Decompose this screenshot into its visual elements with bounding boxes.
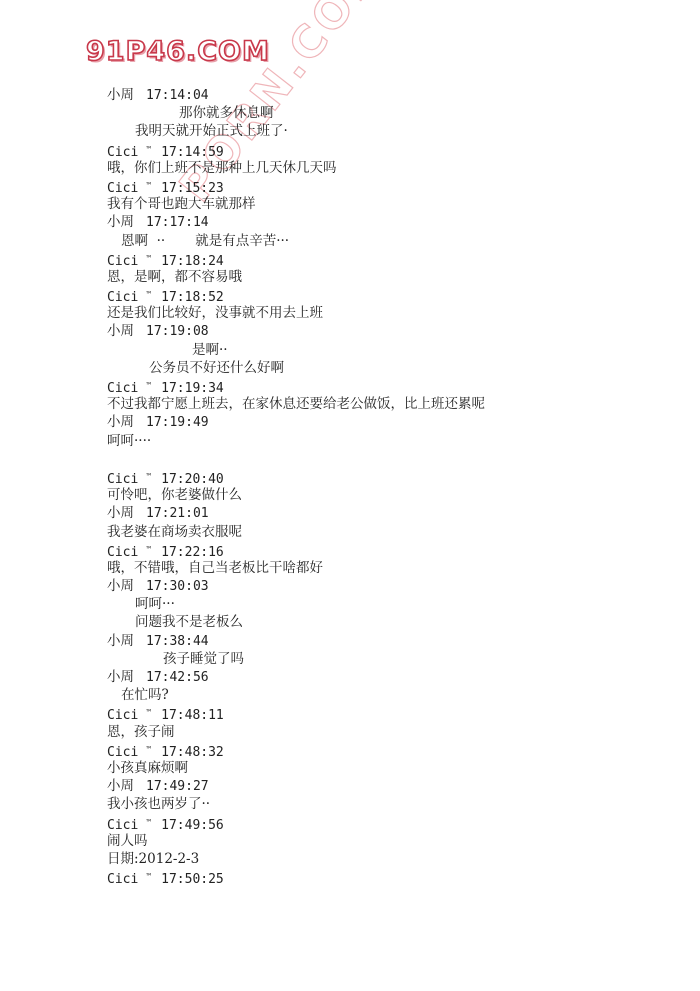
sender-name: Cici: [107, 545, 138, 560]
trademark-symbol: ™: [146, 708, 151, 717]
message-header: 小周17:19:49: [107, 413, 667, 431]
message-text: 不过我都宁愿上班去，在家休息还要给老公做饭，比上班还累呢: [107, 395, 667, 413]
message-header: 小周17:17:14: [107, 213, 667, 231]
message-header: Cici™17:49:56: [107, 814, 667, 832]
message-timestamp: 17:19:08: [146, 324, 209, 339]
sender-name: 小周: [107, 669, 134, 685]
message-header: Cici™17:18:24: [107, 250, 667, 268]
message-header: Cici™17:19:34: [107, 377, 667, 395]
sender-name: Cici: [107, 818, 138, 833]
message-text: 呵呵···: [107, 595, 667, 613]
message-timestamp: 17:21:01: [146, 506, 209, 521]
sender-name: Cici: [107, 145, 138, 160]
message-timestamp: 17:42:56: [146, 670, 209, 685]
sender-name: Cici: [107, 872, 138, 887]
trademark-symbol: ™: [146, 181, 151, 190]
message-header: Cici™17:18:52: [107, 286, 667, 304]
message-timestamp: 17:50:25: [161, 872, 224, 887]
trademark-symbol: ™: [146, 472, 151, 481]
message-header: Cici™17:22:16: [107, 541, 667, 559]
message-text: 我小孩也两岁了··: [107, 795, 667, 813]
message-timestamp: 17:19:49: [146, 415, 209, 430]
message-timestamp: 17:48:32: [161, 745, 224, 760]
trademark-symbol: ™: [146, 381, 151, 390]
message-text: 可怜吧，你老婆做什么: [107, 486, 667, 504]
sender-name: Cici: [107, 290, 138, 305]
message-timestamp: 17:20:40: [161, 472, 224, 487]
sender-name: Cici: [107, 708, 138, 723]
message-text: 是啊··: [107, 341, 667, 359]
message-header: Cici™17:20:40: [107, 468, 667, 486]
message-text: 恩啊 ·· 就是有点辛苦···: [107, 232, 667, 250]
message-text: 恩，孩子闹: [107, 723, 667, 741]
message-header: 小周17:38:44: [107, 632, 667, 650]
message-timestamp: 17:19:34: [161, 381, 224, 396]
sender-name: 小周: [107, 87, 134, 103]
message-text: 我老婆在商场卖衣服呢: [107, 523, 667, 541]
sender-name: Cici: [107, 745, 138, 760]
trademark-symbol: ™: [146, 745, 151, 754]
message-text: 闹人吗: [107, 832, 667, 850]
site-logo: 91P46.COM: [86, 36, 270, 67]
trademark-symbol: ™: [146, 254, 151, 263]
message-timestamp: 17:48:11: [161, 708, 224, 723]
message-text: 在忙吗?: [107, 686, 667, 704]
sender-name: 小周: [107, 578, 134, 594]
message-header: Cici™17:48:32: [107, 741, 667, 759]
message-header: 小周17:14:04: [107, 86, 667, 104]
trademark-symbol: ™: [146, 145, 151, 154]
message-header: Cici™17:14:59: [107, 141, 667, 159]
message-timestamp: 17:49:56: [161, 818, 224, 833]
message-header: Cici™17:50:25: [107, 868, 667, 886]
trademark-symbol: ™: [146, 545, 151, 554]
message-timestamp: 17:14:59: [161, 145, 224, 160]
message-header: 小周17:19:08: [107, 322, 667, 340]
message-timestamp: 17:30:03: [146, 579, 209, 594]
message-text: 问题我不是老板么: [107, 613, 667, 631]
message-text: 那你就多休息啊: [107, 104, 667, 122]
chat-log: 小周17:14:04那你就多休息啊我明天就开始正式上班了·Cici™17:14:…: [107, 86, 667, 886]
trademark-symbol: ™: [146, 290, 151, 299]
sender-name: Cici: [107, 381, 138, 396]
sender-name: 小周: [107, 414, 134, 430]
message-text: 呵呵····: [107, 432, 667, 450]
message-header: 小周17:42:56: [107, 668, 667, 686]
message-header: 小周17:30:03: [107, 577, 667, 595]
message-text: 我有个哥也跑大车就那样: [107, 195, 667, 213]
message-text: 小孩真麻烦啊: [107, 759, 667, 777]
sender-name: Cici: [107, 254, 138, 269]
date-line: 日期:2012-2-3: [107, 850, 667, 868]
message-header: Cici™17:48:11: [107, 704, 667, 722]
sender-name: 小周: [107, 505, 134, 521]
message-timestamp: 17:38:44: [146, 634, 209, 649]
message-header: 小周17:21:01: [107, 504, 667, 522]
message-timestamp: 17:18:52: [161, 290, 224, 305]
message-text: 哦，不错哦，自己当老板比干啥都好: [107, 559, 667, 577]
trademark-symbol: ™: [146, 872, 151, 881]
message-timestamp: 17:22:16: [161, 545, 224, 560]
sender-name: 小周: [107, 323, 134, 339]
sender-name: 小周: [107, 633, 134, 649]
sender-name: 小周: [107, 778, 134, 794]
sender-name: Cici: [107, 181, 138, 196]
message-timestamp: 17:49:27: [146, 779, 209, 794]
sender-name: Cici: [107, 472, 138, 487]
message-timestamp: 17:18:24: [161, 254, 224, 269]
message-text: 我明天就开始正式上班了·: [107, 122, 667, 140]
sender-name: 小周: [107, 214, 134, 230]
message-timestamp: 17:15:23: [161, 181, 224, 196]
message-text: 哦，你们上班不是那种上几天休几天吗: [107, 159, 667, 177]
message-text: 还是我们比较好，没事就不用去上班: [107, 304, 667, 322]
message-timestamp: 17:14:04: [146, 88, 209, 103]
trademark-symbol: ™: [146, 818, 151, 827]
message-timestamp: 17:17:14: [146, 215, 209, 230]
message-text: 恩，是啊，都不容易哦: [107, 268, 667, 286]
message-header: 小周17:49:27: [107, 777, 667, 795]
message-header: Cici™17:15:23: [107, 177, 667, 195]
blank-line: [107, 450, 667, 468]
message-text: 孩子睡觉了吗: [107, 650, 667, 668]
message-text: 公务员不好还什么好啊: [107, 359, 667, 377]
